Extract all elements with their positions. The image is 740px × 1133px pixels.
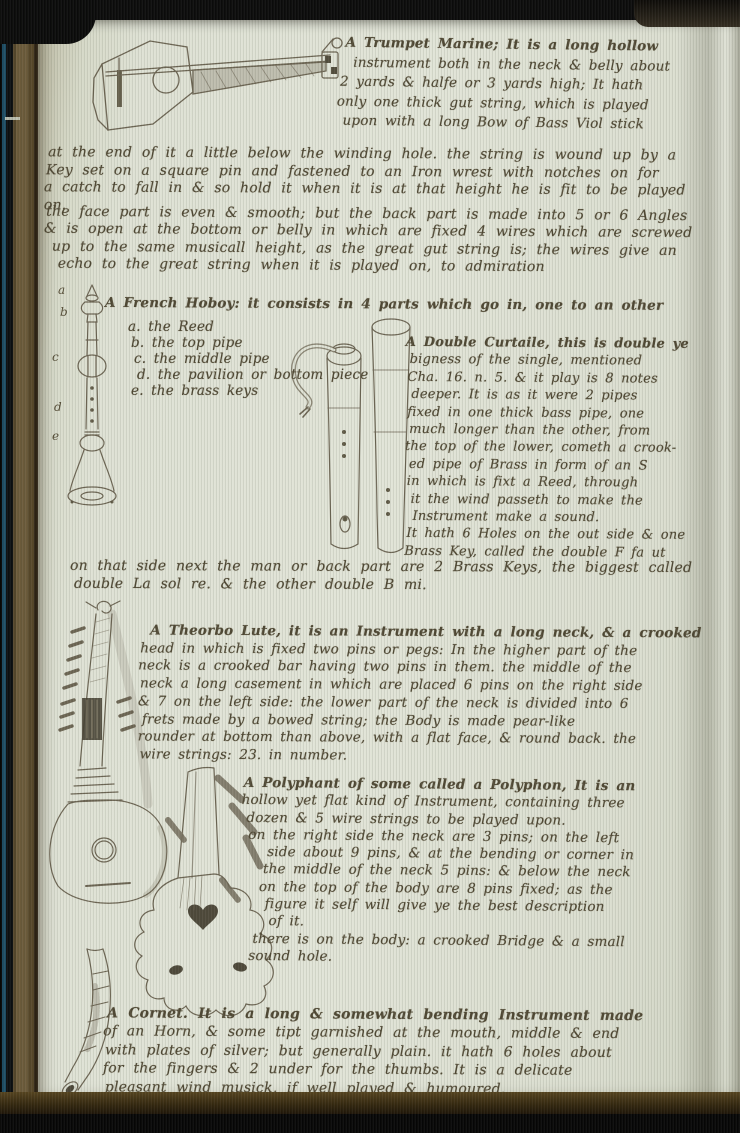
text-line: double La sol re. & the other double B m… xyxy=(74,575,738,595)
hoboy-heading: A French Hoboy: it consists in 4 parts w… xyxy=(105,295,525,315)
book-bottom-edge xyxy=(0,1092,740,1115)
text-line: on that side next the man or back part a… xyxy=(70,558,738,578)
photo-top-right-corner xyxy=(634,0,740,27)
text-line: Instrument make a sound. xyxy=(412,508,736,528)
manuscript-photo: a b c d e xyxy=(0,0,740,1133)
photo-top-edge xyxy=(0,0,740,20)
curtaile-paragraph: A Double Curtaile, this is double ye big… xyxy=(404,334,738,563)
photo-bottom-edge xyxy=(0,1114,740,1133)
list-item: e. the brass keys xyxy=(131,383,428,399)
trumpet-marine-figure xyxy=(86,28,346,150)
list-item: a. the Reed xyxy=(128,319,428,335)
text-line: sound hole. xyxy=(248,948,740,970)
text-line: A Double Curtaile, this is double ye xyxy=(406,334,738,354)
hoboy-part-label-d: d xyxy=(54,400,62,414)
curtaile-keys-paragraph: on that side next the man or back part a… xyxy=(70,558,738,595)
polyphon-paragraph: A Polyphant of some called a Polyphon, I… xyxy=(240,775,740,970)
hoboy-part-label-b: b xyxy=(60,305,68,319)
trumpet-marine-paragraph: A Trumpet Marine; It is a long hollow in… xyxy=(336,34,737,136)
text-line: the top of the lower, cometh a crook- xyxy=(405,438,737,458)
text-line: bigness of the single, mentioned xyxy=(410,351,738,371)
list-item: d. the pavilion or bottom piece xyxy=(137,367,428,383)
text-line: a catch to fall in & so hold it when it … xyxy=(44,179,734,200)
text-line: upon with a long Bow of Bass Viol stick xyxy=(342,112,736,136)
text-line: It hath 6 Holes on the out side & one xyxy=(406,525,736,545)
text-line: much longer than the other, from xyxy=(409,421,737,441)
text-line: wire strings: 23. in number. xyxy=(140,746,740,767)
hoboy-part-label-c: c xyxy=(52,350,59,364)
cornet-paragraph: A Cornet. It is a long & somewhat bendin… xyxy=(103,1004,740,1099)
text-line: deeper. It is as it were 2 pipes xyxy=(411,386,737,406)
text-line: it the wind passeth to make the xyxy=(411,491,737,511)
text-line: in which is fixt a Reed, through xyxy=(407,473,737,493)
list-item: b. the top pipe xyxy=(131,335,428,351)
text-line: ed pipe of Brass in form of an S xyxy=(409,456,737,476)
hoboy-part-label-a: a xyxy=(58,283,65,297)
hoboy-part-label-e: e xyxy=(52,429,59,443)
text-line: fixed in one thick bass pipe, one xyxy=(407,403,737,423)
book-spine-edge xyxy=(0,0,38,1133)
hoboy-parts-list: a. the Reed b. the top pipe c. the middl… xyxy=(128,319,428,399)
spine-highlight-mark xyxy=(5,117,20,120)
photo-top-left-corner xyxy=(0,0,96,44)
list-item: c. the middle pipe xyxy=(134,351,428,367)
manuscript-page: a b c d e xyxy=(38,20,740,1093)
back-part-paragraph: the face part is even & smooth; but the … xyxy=(44,204,734,278)
theorbo-paragraph: A Theorbo Lute, it is an Instrument with… xyxy=(138,622,740,767)
text-line: A French Hoboy: it consists in 4 parts w… xyxy=(105,295,525,315)
